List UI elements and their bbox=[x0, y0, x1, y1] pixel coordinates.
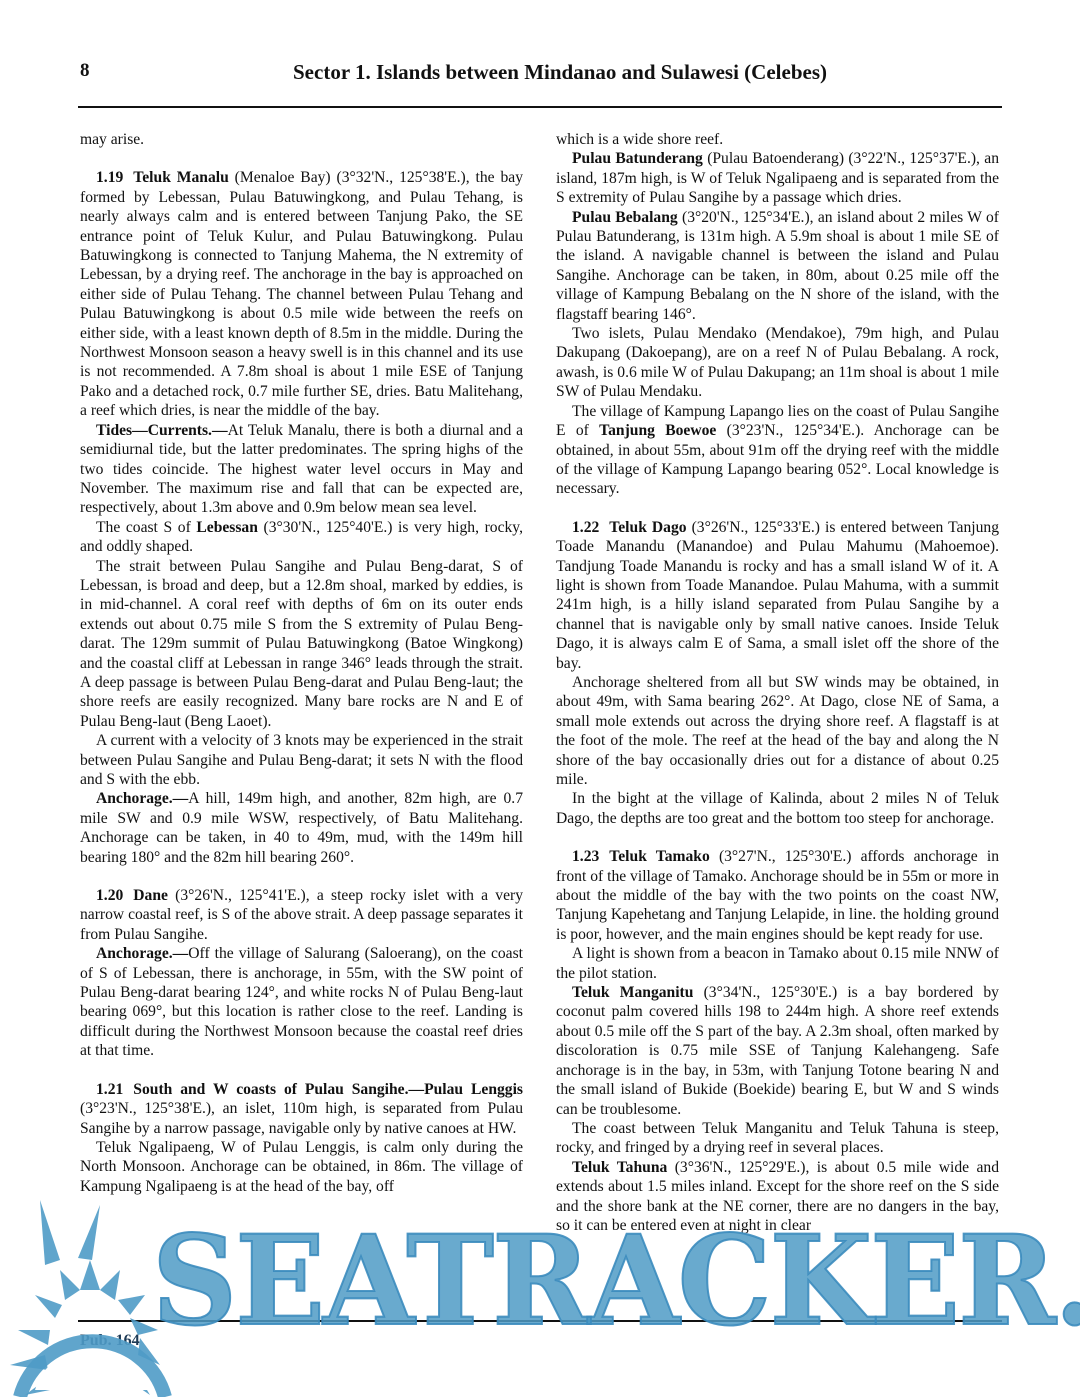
running-title: Sector 1. Islands between Mindanao and S… bbox=[80, 60, 1000, 85]
lapango-paragraph: The village of Kampung Lapango lies on t… bbox=[556, 402, 999, 499]
place-name: Lebessan bbox=[196, 519, 258, 536]
place-name: Teluk Manganitu bbox=[572, 984, 693, 1001]
paragraph: A light is shown from a beacon in Tamako… bbox=[556, 944, 999, 983]
right-column: which is a wide shore reef. Pulau Batund… bbox=[556, 130, 999, 1235]
paragraph-text: (Menaloe Bay) (3°32'N., 125°38'E.), the … bbox=[80, 169, 523, 419]
page-header: 8 Sector 1. Islands between Mindanao and… bbox=[80, 60, 1000, 90]
footer-rule bbox=[78, 1320, 1002, 1322]
paragraph: In the bight at the village of Kalinda, … bbox=[556, 789, 999, 828]
paragraph-text: (3°23'N., 125°38'E.), an islet, 110m hig… bbox=[80, 1100, 523, 1136]
paragraph: Teluk Ngalipaeng, W of Pulau Lenggis, is… bbox=[80, 1138, 523, 1196]
left-column: may arise. 1.19Teluk Manalu (Menaloe Bay… bbox=[80, 130, 523, 1196]
sun-icon bbox=[0, 1190, 180, 1397]
header-rule bbox=[78, 106, 1002, 108]
place-name: Dane bbox=[133, 887, 168, 904]
bebalang-paragraph: Pulau Bebalang (3°20'N., 125°34'E.), an … bbox=[556, 208, 999, 324]
publication-number: Pub. 164 bbox=[80, 1332, 140, 1350]
section-1-19: 1.19Teluk Manalu (Menaloe Bay) (3°32'N.,… bbox=[80, 168, 523, 420]
subheading: Anchorage.— bbox=[96, 790, 188, 807]
section-1-23: 1.23Teluk Tamako (3°27'N., 125°30'E.) af… bbox=[556, 847, 999, 944]
anchorage-paragraph: Anchorage.—Off the village of Salurang (… bbox=[80, 944, 523, 1060]
lebessan-paragraph: The coast S of Lebessan (3°30'N., 125°40… bbox=[80, 518, 523, 557]
section-1-20: 1.20Dane (3°26'N., 125°41'E.), a steep r… bbox=[80, 886, 523, 944]
paragraph-text: The coast S of bbox=[96, 519, 196, 536]
place-name: Teluk Manalu bbox=[133, 169, 228, 186]
paragraph-text: (3°26'N., 125°33'E.) is entered between … bbox=[556, 519, 999, 672]
paragraph: The strait between Pulau Sangihe and Pul… bbox=[80, 557, 523, 732]
paragraph: which is a wide shore reef. bbox=[556, 130, 999, 149]
batunderang-paragraph: Pulau Batunderang (Pulau Batoenderang) (… bbox=[556, 149, 999, 207]
anchorage-paragraph: Anchorage.—A hill, 149m high, and anothe… bbox=[80, 789, 523, 867]
section-number: 1.20 bbox=[96, 887, 123, 904]
place-name: Pulau Bebalang bbox=[572, 209, 678, 226]
section-number: 1.23 bbox=[572, 848, 599, 865]
place-name: Tanjung Boewoe bbox=[599, 422, 716, 439]
paragraph-text: (3°34'N., 125°30'E.) is a bay bordered b… bbox=[556, 984, 999, 1117]
section-number: 1.22 bbox=[572, 519, 599, 536]
section-1-22: 1.22Teluk Dago (3°26'N., 125°33'E.) is e… bbox=[556, 518, 999, 673]
paragraph: Two islets, Pulau Mendako (Mendakoe), 79… bbox=[556, 324, 999, 402]
subheading: Anchorage.— bbox=[96, 945, 188, 962]
paragraph: Anchorage sheltered from all but SW wind… bbox=[556, 673, 999, 789]
section-1-21: 1.21South and W coasts of Pulau Sangihe.… bbox=[80, 1080, 523, 1138]
place-name: Teluk Dago bbox=[609, 519, 686, 536]
paragraph-text: Off the village of Salurang (Saloerang),… bbox=[80, 945, 523, 1059]
place-name: Teluk Tahuna bbox=[572, 1159, 667, 1176]
subheading: Tides—Currents.— bbox=[96, 422, 228, 439]
place-name: South and W coasts of Pulau Sangihe.—Pul… bbox=[133, 1081, 523, 1098]
paragraph: The coast between Teluk Manganitu and Te… bbox=[556, 1119, 999, 1158]
tahuna-paragraph: Teluk Tahuna (3°36'N., 125°29'E.), is ab… bbox=[556, 1158, 999, 1236]
manganitu-paragraph: Teluk Manganitu (3°34'N., 125°30'E.) is … bbox=[556, 983, 999, 1119]
paragraph: A current with a velocity of 3 knots may… bbox=[80, 731, 523, 789]
tides-currents-paragraph: Tides—Currents.—At Teluk Manalu, there i… bbox=[80, 421, 523, 518]
place-name: Teluk Tamako bbox=[609, 848, 709, 865]
watermark-text: SEATRACKER.RU bbox=[152, 1219, 1080, 1343]
section-number: 1.19 bbox=[96, 169, 123, 186]
paragraph: may arise. bbox=[80, 130, 523, 149]
section-number: 1.21 bbox=[96, 1081, 123, 1098]
place-name: Pulau Batunderang bbox=[572, 150, 703, 167]
